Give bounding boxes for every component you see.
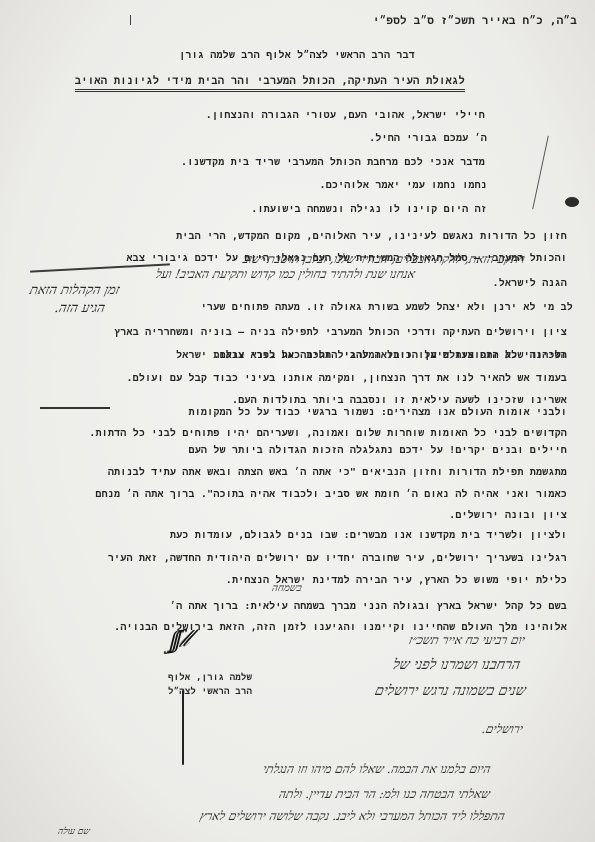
paragraph-soldiers-line1: חיילים ובנים יקרים! על ידכם נתגלגלה הזכו…	[189, 445, 567, 457]
handwritten-insert-line2: אנחנו שנת ולהתיר בחולין כמו קדוש ותקיעת …	[155, 267, 417, 282]
scanned-document-page: ב״ה, כ״ח באייר תשכ״ז ס״ב לספ״י דבר הרב ה…	[0, 0, 595, 842]
paragraph-zion-line3: כלילת יופי משוש כל הארץ, עיר הבירה למדינ…	[226, 575, 567, 587]
handwritten-note-line1: יום רביעי כח אייר תשכ״ז	[408, 633, 527, 648]
handwritten-note-line8: שם עולה	[57, 826, 91, 837]
paragraph-zion-line2: רגלינו בשעריך ירושלים, עיר שחוברה יחדיו …	[108, 553, 567, 565]
signature-name: שלמה גורן, אלוף	[168, 673, 252, 683]
handwritten-note-line3: שנים בשמונה נרגש ירושלים	[373, 683, 527, 700]
handwritten-insert-line3: זמן הקהלות הזאת	[28, 282, 121, 298]
paragraph-comfort: נחמו נחמו עמי יאמר אלוהיכם.	[319, 180, 487, 192]
paragraph-vision-line5: ציון וירושלים העתיקה ודרכי הכותל המערבי …	[114, 327, 567, 339]
paragraph-vision-line4: לב מי לא ירנן ולא יצהל לשמע בשורת גאולה …	[201, 302, 573, 314]
signature-stroke	[182, 690, 184, 765]
handwritten-note-line7: התפללו ליד הכותל המערבי ולא ליבנ. נקבה ש…	[199, 809, 507, 824]
paragraph-soldiers-line2: מתגשמת תפילת הדורות וחזון הנביאים "כי את…	[108, 467, 567, 479]
paragraph-shechina-line2: בעמוד אש להאיר לנו את דרך הנצחון, ומקימה…	[126, 373, 567, 385]
paragraph-blessing-line1: בשם כל קהל ישראל בארץ ובגולה הנני מברך ב…	[170, 601, 567, 613]
ink-blot	[565, 197, 579, 207]
signature-title: הרב הראשי לצה״ל	[168, 687, 252, 697]
speaker-line: דבר הרב הראשי לצה״ל אלוף הרב שלמה גורן	[179, 50, 415, 62]
paragraph-shechina-line1: השכינה שלא זזה מעולם מן הכותל המערבי הול…	[176, 350, 567, 362]
paragraph-speaking-from: מדבר אנכי לכם מרחבת הכותל המערבי שריד בי…	[181, 157, 485, 169]
handwritten-note-line4: ירושלים.	[481, 722, 525, 737]
scan-streak	[40, 407, 110, 409]
document-title: לגאולת העיר העתיקה, הכותל המערבי והר הבי…	[75, 75, 465, 92]
handwritten-note-line2: הרחבנו ושמרנו לפני של	[391, 657, 522, 674]
paragraph-soldiers-line3: כאמור ואני אהיה לה נאום ה׳ חומת אש סביב …	[95, 489, 567, 501]
paragraph-vision-line3: הגנה לישראל.	[493, 278, 567, 290]
paragraph-soldiers-line4: ציון ובונה ירושלים.	[449, 510, 567, 522]
paragraph-blessing: ה׳ עמכם גבורי החיל.	[369, 133, 487, 145]
paragraph-this-day: זה היום קוינו לו נגילה ונשמחה בישועתו.	[251, 204, 487, 216]
paragraph-nations-line2: הקדושים לבני כל האומות שוחרות שלום ואמונ…	[89, 428, 567, 440]
paragraph-greeting: חיילי ישראל, אהובי העם, עטורי הגבורה והנ…	[206, 110, 485, 122]
handwritten-insert-line4: הגיע הזה.	[53, 300, 106, 316]
handwritten-note-line5: היום בלמנו את הבמה. שאלו להם מיהו וזו הנ…	[261, 762, 492, 777]
header-date: ב״ה, כ״ח באייר תשכ״ז ס״ב לספ״י	[373, 14, 577, 28]
scan-streak	[532, 136, 549, 210]
paragraph-zion-line1: ולציון ולשריד בית מקדשנו אנו מבשרים: שבו…	[170, 530, 567, 542]
handwritten-note-line6: שאלתי הבטחה כנו ולמ: הר הבית עדיין. ולתה	[278, 787, 492, 802]
paragraph-vision-line1: חזון כל הדורות נאגשם לעינינו, עיר האלוהי…	[176, 231, 567, 243]
paragraph-shechina-line3: אשרינו שזכינו לשעה עילאית זו ונסבבה ביות…	[232, 395, 567, 407]
handwritten-insert-line1: ויתקע הזאת, להקת הבעלים, הבהיר שלנו, ובל…	[242, 252, 527, 267]
paragraph-nations-line1: ולבני אומות העולם אנו מצהירים: נשמור ברג…	[189, 407, 567, 419]
strikethrough-mark	[30, 263, 170, 272]
paragraph-blessing-line2: אלוהינו מלך העולם שהחיינו וקיימנו והגיענ…	[114, 622, 567, 634]
scan-streak	[130, 15, 131, 25]
